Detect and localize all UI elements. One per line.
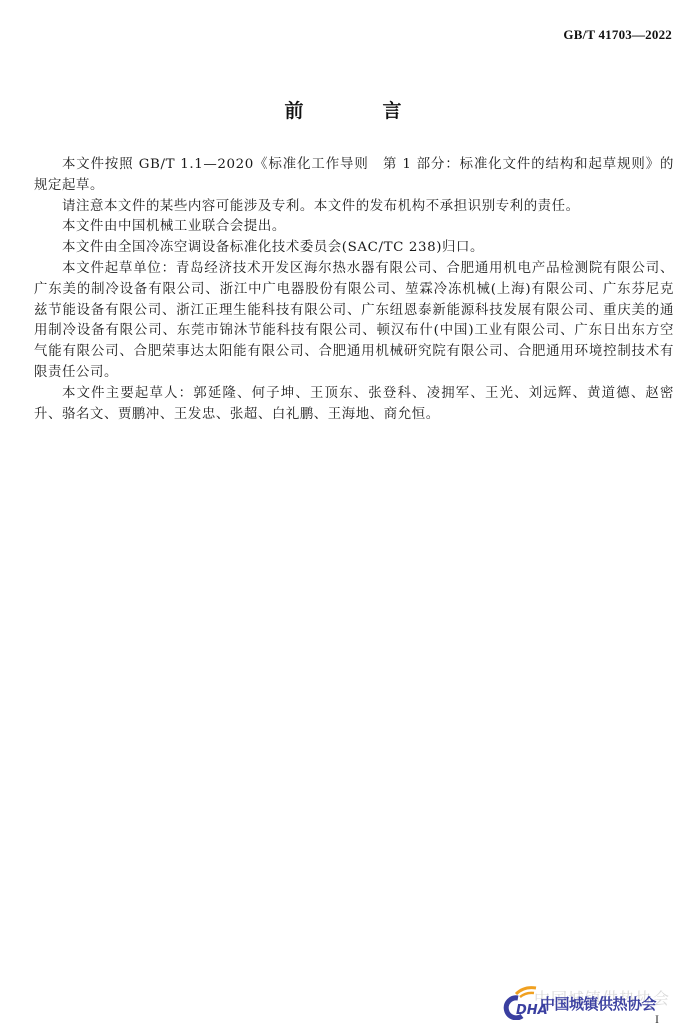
standard-code: GB/T 41703—2022 — [563, 27, 672, 43]
document-body: 本文件按照 GB/T 1.1—2020《标准化工作导则 第 1 部分：标准化文件… — [34, 155, 674, 425]
paragraph-patent-notice: 请注意本文件的某些内容可能涉及专利。本文件的发布机构不承担识别专利的责任。 — [34, 197, 674, 218]
paragraph-drafting-rules: 本文件按照 GB/T 1.1—2020《标准化工作导则 第 1 部分：标准化文件… — [34, 155, 674, 197]
paragraph-drafters: 本文件主要起草人：郭延隆、何子坤、王顶东、张登科、凌拥军、王光、刘远辉、黄道德、… — [34, 384, 674, 426]
page-title: 前 言 — [0, 96, 686, 123]
paragraph-drafting-units: 本文件起草单位：青岛经济技术开发区海尔热水器有限公司、合肥通用机电产品检测院有限… — [34, 259, 674, 384]
page-number: I — [655, 1012, 659, 1027]
watermark-text: 中国城镇供热协会 — [540, 993, 656, 1014]
paragraph-proposer: 本文件由中国机械工业联合会提出。 — [34, 217, 674, 238]
paragraph-committee: 本文件由全国冷冻空调设备标准化技术委员会(SAC/TC 238)归口。 — [34, 238, 674, 259]
